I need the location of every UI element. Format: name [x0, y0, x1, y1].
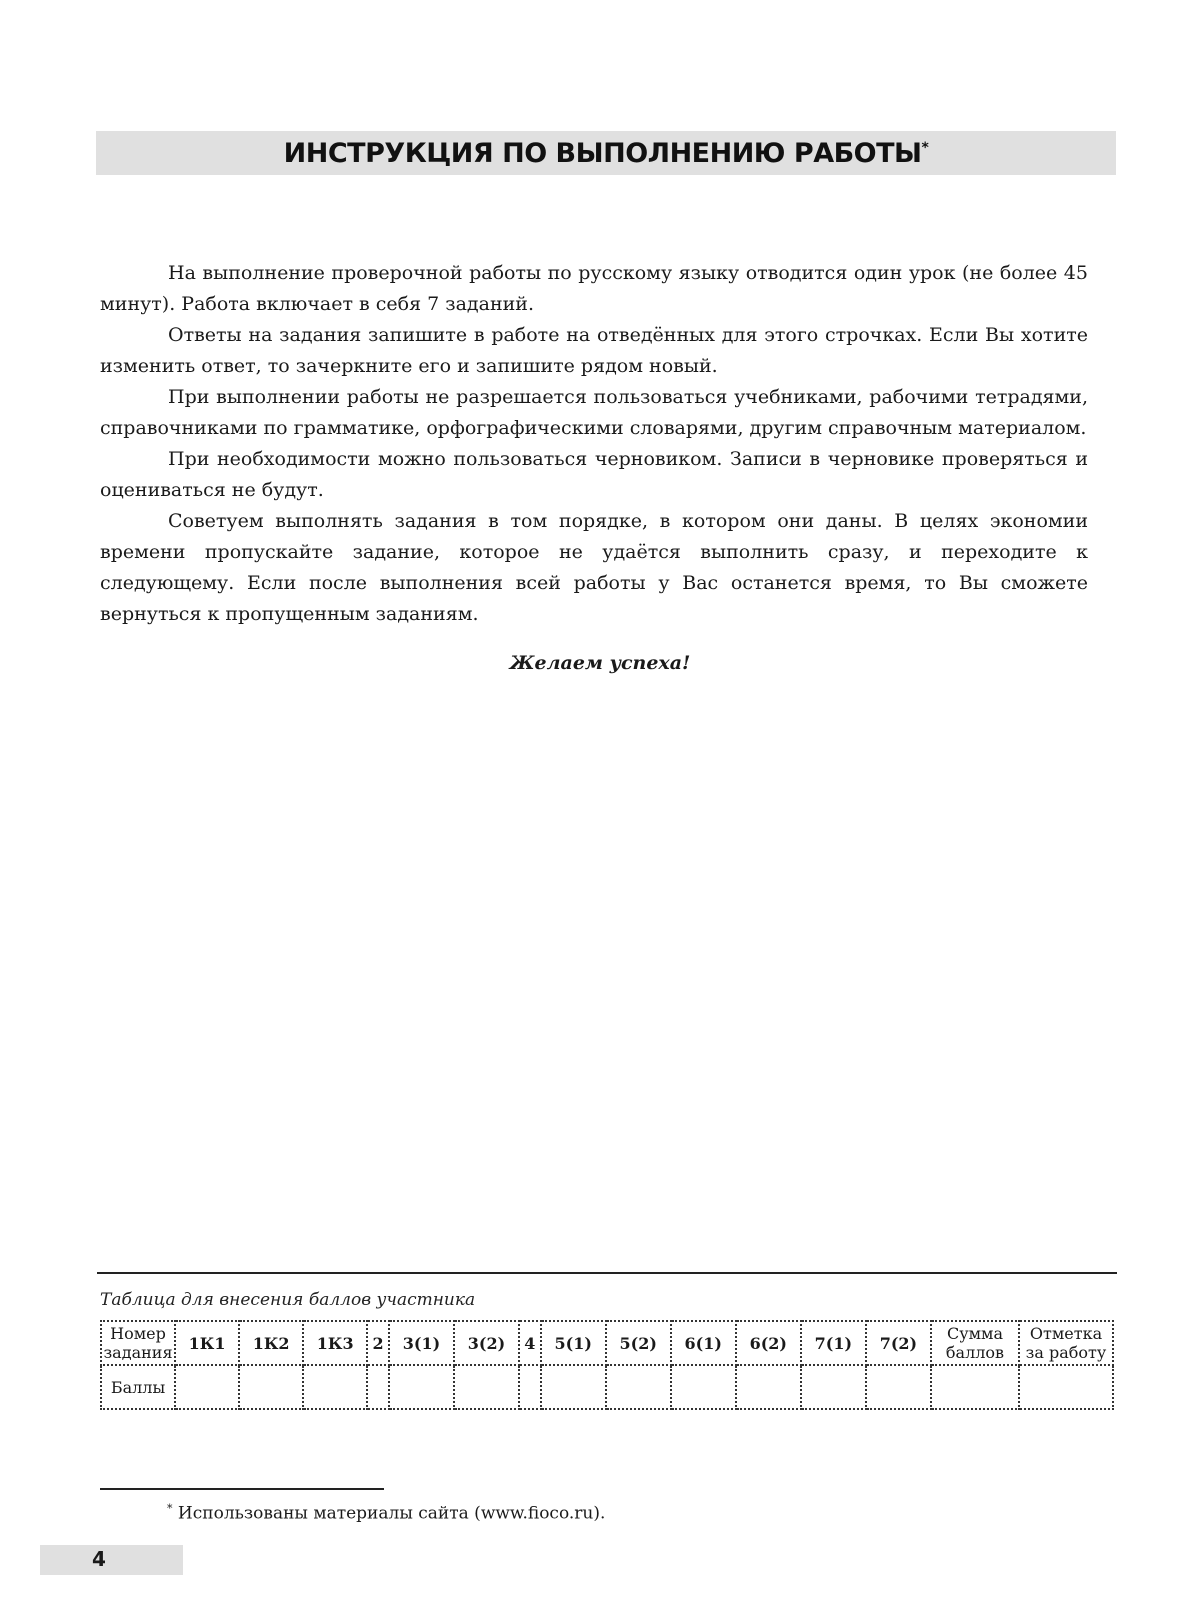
instruction-paragraph: При выполнении работы не разрешается пол…: [100, 382, 1088, 444]
column-header: 7(2): [866, 1321, 931, 1365]
page-number: 4: [92, 1547, 106, 1571]
score-table: Номер задания 1К1 1К2 1К3 2 3(1) 3(2) 4 …: [100, 1320, 1114, 1410]
score-cell[interactable]: [671, 1365, 736, 1409]
score-cell[interactable]: [736, 1365, 801, 1409]
column-header: 7(1): [801, 1321, 866, 1365]
title-text: ИНСТРУКЦИЯ ПО ВЫПОЛНЕНИЮ РАБОТЫ: [284, 138, 922, 169]
page-number-box: 4: [40, 1545, 183, 1575]
score-cell[interactable]: [801, 1365, 866, 1409]
column-header-grade: Отметка за работу: [1019, 1321, 1113, 1365]
sum-cell[interactable]: [931, 1365, 1019, 1409]
column-header: 1К2: [239, 1321, 303, 1365]
score-cell[interactable]: [239, 1365, 303, 1409]
column-header: 5(2): [606, 1321, 671, 1365]
column-header: 5(1): [541, 1321, 606, 1365]
column-header: 6(2): [736, 1321, 801, 1365]
score-cell[interactable]: [454, 1365, 519, 1409]
score-cell[interactable]: [367, 1365, 389, 1409]
score-table-score-row: Баллы: [101, 1365, 1113, 1409]
score-cell[interactable]: [175, 1365, 239, 1409]
score-cell[interactable]: [866, 1365, 931, 1409]
row-header-task-number: Номер задания: [101, 1321, 175, 1365]
score-cell[interactable]: [389, 1365, 454, 1409]
column-header: 6(1): [671, 1321, 736, 1365]
row-header-scores: Баллы: [101, 1365, 175, 1409]
score-cell[interactable]: [519, 1365, 541, 1409]
instruction-paragraph: На выполнение проверочной работы по русс…: [100, 258, 1088, 320]
title-footnote-mark: *: [922, 140, 929, 156]
score-table-header-row: Номер задания 1К1 1К2 1К3 2 3(1) 3(2) 4 …: [101, 1321, 1113, 1365]
column-header-sum: Сумма баллов: [931, 1321, 1019, 1365]
closing-wish: Желаем успеха!: [0, 652, 1200, 674]
title-banner: ИНСТРУКЦИЯ ПО ВЫПОЛНЕНИЮ РАБОТЫ*: [96, 131, 1116, 175]
footnote-text: Использованы материалы сайта (www.fioco.…: [178, 1504, 606, 1524]
footnote-divider: [100, 1488, 384, 1490]
footnote: * Использованы материалы сайта (www.fioc…: [167, 1502, 605, 1524]
score-cell[interactable]: [303, 1365, 367, 1409]
footnote-mark: *: [167, 1502, 173, 1515]
grade-cell[interactable]: [1019, 1365, 1113, 1409]
score-cell[interactable]: [541, 1365, 606, 1409]
section-divider: [97, 1272, 1117, 1274]
column-header: 3(2): [454, 1321, 519, 1365]
score-table-caption: Таблица для внесения баллов участника: [100, 1290, 475, 1310]
column-header: 1К3: [303, 1321, 367, 1365]
column-header: 2: [367, 1321, 389, 1365]
instruction-paragraph: Советуем выполнять задания в том порядке…: [100, 506, 1088, 630]
column-header: 3(1): [389, 1321, 454, 1365]
page-title: ИНСТРУКЦИЯ ПО ВЫПОЛНЕНИЮ РАБОТЫ*: [284, 138, 929, 169]
score-cell[interactable]: [606, 1365, 671, 1409]
instruction-paragraph: При необходимости можно пользоваться чер…: [100, 444, 1088, 506]
instruction-paragraph: Ответы на задания запишите в работе на о…: [100, 320, 1088, 382]
column-header: 4: [519, 1321, 541, 1365]
column-header: 1К1: [175, 1321, 239, 1365]
instructions-body: На выполнение проверочной работы по русс…: [100, 258, 1088, 630]
